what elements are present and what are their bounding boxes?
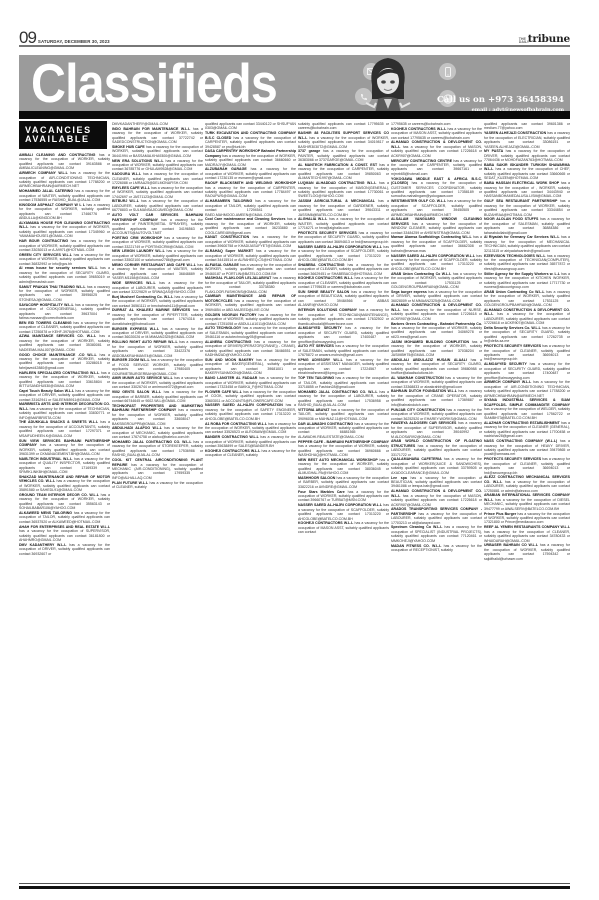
company-name: BABA HASSAN ELECTRICAL WORK SHOP: [484, 181, 559, 185]
listing-entry: TOP TEN TAILORING has a vacancy for the …: [298, 376, 389, 389]
listing-entry: NEW BEST AUTO MECHANICAL WORKSHOP has a …: [298, 458, 389, 476]
company-name: BANDER CONTRACTING W.L.L: [205, 435, 259, 439]
company-name: SAYACORP HOSPITALITY W.L.L: [19, 303, 74, 307]
listing-entry: ARAB Union Contracting Co W.L.L has a va…: [391, 272, 482, 290]
company-name: ARAB Union Contracting Co W.L.L: [484, 290, 545, 294]
listing-entry: NASSER SAEED AL-HAJRI CORPORATION W.L.L …: [298, 503, 389, 521]
company-name: KOOHEJI CONTRACTORS W.L.L: [298, 276, 353, 280]
company-name: AL WAKRAH CONSTRUCTION: [391, 376, 444, 380]
listing-entry: NASS CONTRACTING COMPANY (W.L.L) has a v…: [484, 439, 570, 457]
company-name: THE ADUKKALA SNACKS & SWEETS W.L.L: [19, 420, 98, 424]
listing-entry: BABA SAKIR ISKANDER TURKISH SHAWARMA W.L…: [484, 163, 570, 181]
footer-rule: [19, 886, 570, 889]
listing-entry: PEPPER CAFE - BAHRAINI PARTNERSHIP COMPA…: [298, 440, 389, 458]
listing-entry: HAR BOUR CONTRACTING has a vacancy for t…: [19, 239, 110, 252]
company-name: LUQMAN ALHADDAD CONTRACTING W.L.L: [298, 181, 376, 185]
vacancy-details: has a vacancy for the occupation of WORK…: [19, 225, 110, 238]
listing-entry: SAYACORP HOSPITALITY W.L.L has a vacancy…: [19, 303, 110, 321]
listing-entry: Four Stars Marbles Care has a vacancy fo…: [298, 490, 389, 503]
listing-entry: THE ADUKKALA SNACKS & SWEETS W.L.L has a…: [19, 420, 110, 438]
listing-entry: A1 ROBA FOR CONTRACTING W.L.L has a vaca…: [205, 422, 296, 435]
company-name: ALMOAYYED SECURITY: [298, 326, 342, 330]
company-name: Cool Care maintenance and Cleaning Servi…: [205, 217, 285, 221]
listing-entry: DURRAT AL KHALEEJ MARINE SERVICES has a …: [112, 308, 203, 326]
company-name: Barbers Green Contracting - Bahraini Par…: [391, 322, 482, 326]
company-name: SUN SHINE BEAUTY SALON: [298, 290, 349, 294]
company-name: HAR BOUR CONTRACTING: [19, 239, 68, 243]
listing-entry: BANDER CONTRACTING W.L.L has a vacancy f…: [205, 435, 296, 448]
listing-entry: MOHAMMED JALAL CATERING has a vacancy fo…: [19, 189, 110, 202]
listing-entry: JASSIM AGRICULTURAL & MECHANICAL has a v…: [298, 199, 389, 217]
footer-thin-rule: [19, 883, 570, 884]
company-name: A1 ROBA FOR CONTRACTING W.L.L: [205, 422, 267, 426]
listing-entry: YASEEN ALHEJAZI CONSTRACTION has a vacan…: [484, 131, 570, 149]
listing-entry: qualified applicants can contact 3344012…: [205, 122, 296, 131]
listing-entry: PROTECTS SECURITY SERVICES has a vacancy…: [484, 344, 570, 362]
company-name: 3737 garage: [298, 149, 320, 153]
listing-entry: Cool Care maintenance and Cleaning Servi…: [205, 217, 296, 235]
listing-entry: TECHNOFAST PROPERTIES AND MARKETING BAHR…: [112, 404, 203, 426]
company-name: Prince Plus Burger: [484, 512, 516, 516]
listing-entry: KOOHEJI CONTRACTORS W.L.L has a vacancy …: [205, 449, 296, 458]
listing-entry: BAHRAIN DUTCH FOUNDATION W.L.L has a vac…: [391, 389, 482, 407]
listing-entry: CAMBAR MAINTENANCE AND REPAIR OF MOTORCY…: [205, 294, 296, 312]
listing-entry: ALKAWEED MENS TAILORING has a vacancy fo…: [19, 511, 110, 524]
listing-column-5: 17795635 or careers@kcbahrain.comKOOHEJI…: [391, 122, 482, 881]
company-name: Lee spa: [391, 476, 407, 480]
company-name: WESTMINSTER GULF CO. W.L.L: [391, 199, 446, 203]
company-name: AZWA MAINTANCE SERVICES CO. W.L.L: [19, 334, 96, 338]
vacancy-details: has a vacancy for the occupation of CARP…: [205, 186, 296, 199]
company-name: ALANEBA CONTRACTING: [205, 340, 251, 344]
listing-entry: FAWZEYA ALDOSERI CAR SERVICES has a vaca…: [391, 421, 482, 439]
listing-entry: VITTORIA ABAYAT has a vacancy for the oc…: [298, 408, 389, 421]
listing-entry: AUTO TECHNOLOGY has a vacancy for the oc…: [205, 326, 296, 339]
listing-entry: MY PASTA has a vacancy for the occupatio…: [484, 149, 570, 162]
listing-entry: URBASER BAHRAIN CO W.L.L has a vacancy f…: [484, 543, 570, 561]
company-name: AUTO TECHNOLOGY: [205, 326, 241, 330]
company-name: AMIR MUNIR AUTO SERVICE W.L.L: [112, 376, 173, 380]
company-name: NEW LEMON LAUNDRY W.L.L: [112, 249, 165, 253]
company-name: BANO LANGTER AL FADAAR: [205, 376, 257, 380]
listing-entry: HARLEEN SPECIALIZED CONTRACTING W.L.L ha…: [19, 371, 110, 389]
company-name: YASEEN ALHEJAZI CONSTRACTION: [484, 131, 546, 135]
vacancies-heading: VACANCIES AVAILABLE: [19, 121, 107, 149]
company-name: MASHGAL FLAKLOOR LELJALABIYAT: [205, 276, 271, 280]
company-name: NASSER SAEED AL-HAJRI CORPORATION: [205, 403, 283, 407]
listing-entry: ARADOS TRANSPORTING SERVICES COMPANY - P…: [391, 507, 482, 525]
company-name: ARAB Union Contracting Co W.L.L: [391, 272, 451, 276]
listing-entry: Prince Plus Burger has a vacancy for the…: [484, 512, 570, 525]
company-name: QAALAMAHABA CAFETERIA: [391, 457, 442, 461]
listing-entry: AMIR MUNIR AUTO SERVICE W.L.L has a vaca…: [112, 376, 203, 389]
header-divider: [19, 45, 570, 47]
listing-entry: GREEN CITY SERVICES W.L.L has a vacancy …: [19, 253, 110, 266]
listing-entry: ARABIAN INTERNATIONAL SERVICES COMPANY W…: [484, 493, 570, 511]
listing-entry: NEW ERA SOLUTIONS W.L.L has a vacancy fo…: [112, 159, 203, 172]
company-name: AMBALI CLEANING AND CONTRACTING: [19, 153, 95, 157]
company-name: BITBURJ W.L.L: [112, 199, 139, 203]
listing-entry: KADOURA W.L.L has a vacancy for the occu…: [112, 172, 203, 185]
company-name: DURRAT AL KHALEEJ MARINE SERVICES: [112, 308, 190, 312]
listing-entry: ALYAMAMA HOUSE FOR CLEANING CONTRACTING …: [19, 221, 110, 239]
listing-entry: SIYANA INDUSTRIAL SERVICES & SIAM SCAFFO…: [484, 398, 570, 420]
banner-title: Classifieds: [31, 55, 277, 111]
company-name: JASSIM AGRICULTURAL & MECHANICAL: [298, 199, 375, 203]
listing-column-3: qualified applicants can contact 3344012…: [205, 122, 296, 881]
company-name: ALAZHAR CONTRACTING ESTABLISHMENT: [484, 421, 560, 425]
listing-entry: ALMOAYYED SECURITY has a vacancy for the…: [484, 362, 570, 380]
listing-entry: AHAH FOR ENTERPRISES AND REAL ESTATE W.L…: [19, 525, 110, 543]
company-name: RAOUF BLACKSMITH AND WELDING WORKSHOP: [205, 181, 296, 185]
listing-entry: ALMOAYYED SECURITY has a vacancy for the…: [298, 326, 389, 344]
company-name: Al Riyadah for Germany Car Services W.L.…: [484, 235, 560, 239]
listing-entry: ALFAISAL GARAGE has a vacancy for the oc…: [205, 263, 296, 276]
company-name: MOHAMED JALAL CONTRACTING CO. W.L.L: [112, 440, 192, 444]
listing-entry: PORTING CRM WORKSHOP has a vacancy for t…: [112, 236, 203, 249]
listing-entry: ALZUBARAH GARAGE has a vacancy for the o…: [205, 167, 296, 180]
company-name: PROTECTS SECURITY SERVICES: [484, 344, 541, 348]
listing-entry: RAOUF BLACKSMITH AND WELDING WORKSHOP ha…: [205, 181, 296, 199]
listing-entry: Barbers Green Contracting - Bahraini Par…: [391, 322, 482, 340]
masthead-brand: tribune: [528, 33, 570, 45]
listing-entry: ALHAMAD CONSTRUCTION & DEVLOPMENT CO. W.…: [391, 140, 482, 158]
listing-entry: SUN SHINE BEAUTY SALON has a vacancy for…: [298, 290, 389, 308]
listing-entry: ARAB Union Contracting Co W.L.L has a va…: [484, 290, 570, 308]
listing-entry: ARAB WORLD CONSTRUCTION OF FLOATING STRU…: [391, 439, 482, 457]
listing-entry: AMBALI CLEANING AND CONTRACTING has a va…: [19, 153, 110, 171]
listing-entry: Marwar Alamsa Scaffoldings Contracting W…: [391, 235, 482, 253]
company-name: NASSER SAEED AL-HAJRI CORPORATION W.L.L: [298, 245, 382, 249]
listing-entry: MASHHOOR SALOON has a vacancy for the oc…: [298, 476, 389, 489]
listing-entry: SUN VIEW SERVICES BAHRAINI PARTNERSHIP C…: [19, 439, 110, 457]
company-name: Marwar Alamsa Scaffoldings Contracting W…: [391, 235, 472, 239]
listing-entry: ABDULALI ABDULAZIZ HUSAIN ALAALI has a v…: [391, 358, 482, 376]
masthead-logo: THE DAILY tribune: [519, 33, 570, 45]
company-name: MASHHOOR SALOON: [298, 476, 335, 480]
listing-entry: suitably qualified applicants can contac…: [298, 122, 389, 131]
listing-entry: DMV KADANTHERY W.L.L has a vacancy for t…: [19, 543, 110, 556]
vacancy-details: suitably qualified applicants can contac…: [298, 122, 389, 130]
company-name: HARLEEN SPECIALIZED CONTRACTING W.L.L: [19, 371, 99, 375]
listing-entry: DAR ALAWADHI CONTRACTING has a vacancy f…: [298, 422, 389, 440]
listing-entry: KINGDOM ASPHALT COMPANY W L L has a vaca…: [19, 203, 110, 221]
listing-entry: ROLLING RIGHT AUTO REPAIR W.L.L has a va…: [112, 340, 203, 358]
listing-entry: KANAT CONSTRUCTION has a vacancy for the…: [205, 235, 296, 248]
listing-entry: REEF AL YEMEN RESTAURANTS COMPANY W.L.L …: [484, 525, 570, 543]
vacancy-details: qualified applicants can contact 3960138…: [484, 122, 570, 130]
listing-entry: DASA CARPENTRY WORKSHOP Bahraini Partner…: [205, 149, 296, 167]
company-name: GOOD CHOICE MAINTENANCE .CO W.L.L: [19, 353, 97, 357]
listing-entry: 3737 garage has a vacancy for the occupa…: [298, 149, 389, 162]
listing-entry: MOHAMED JALAL CONTRACTING CO. W.L.L has …: [112, 440, 203, 458]
listing-entry: AUTO VOLT CAR SERVICES BAHRAINI PARTNERS…: [112, 213, 203, 235]
listing-entry: Al Riyadah for Germany Car Services W.L.…: [484, 235, 570, 253]
listing-entry: Spectrum Cleaning Co W.L.L has a vacancy…: [391, 525, 482, 543]
company-name: BEN EID TOWERS CLEANING: [19, 321, 72, 325]
vacancy-details: has a vacancy for the occupation of MASO…: [391, 145, 482, 158]
company-name: SAMUT PRAKAN THAI TRADING W.L.L: [19, 285, 86, 289]
listing-entry: ALHARAMEEN TAILORING has a vacancy for t…: [205, 199, 296, 217]
company-name: ALGHALIA W.L.L: [298, 217, 327, 221]
mobile-icon: [439, 63, 456, 80]
listing-entry: BASHIR 88 FACILITIES SUPPORT SERVICES CO…: [298, 131, 389, 149]
company-name: INDO BAHRAIN FOR MAINTENANCE W.L.L: [112, 127, 190, 131]
company-name: NAIB-TECH INDUSTRIAL W.L.L: [19, 457, 72, 461]
vacancy-details: has a vacancy for the occupation of MASO…: [391, 494, 482, 507]
listing-entry: SHABEBA CONTRACTING has a vacancy for th…: [298, 263, 389, 276]
listing-entry: ALHAMAD CONSTRUCTION & DEVLOPMENT CO. W.…: [391, 489, 482, 507]
company-name: NASSER SAEED AL-HAJRI CORPORATION W.L.L: [391, 254, 475, 258]
company-name: AIRMECH COMPANY W.L.L: [484, 380, 531, 384]
call-us-text: Call us on +973 36458394: [437, 95, 564, 105]
listing-entry: Capri Touch Beauty Salon W.L.L has a vac…: [19, 389, 110, 402]
company-name: KOOHEJI CONTRACTORS W.L.L: [391, 127, 446, 131]
company-name: TOP TEN TAILORING: [298, 376, 334, 380]
company-name: EMYLEES CAFE W.L.L: [112, 186, 150, 190]
company-name: AL MANTECH FABRICATION & CONST. EST: [298, 163, 377, 167]
company-name: SIYANA INDUSTRIAL SERVICES & SIAM SCAFFO…: [484, 398, 570, 406]
company-name: KOOHEJI CONTRACTORS W.L.L: [298, 521, 353, 525]
listing-entry: NASSER SAEED AL-HAJRI CORPORATION W.L.L …: [298, 245, 389, 263]
vacancies-heading-line2: AVAILABLE: [19, 135, 107, 144]
company-name: KANAT CONSTRUCTION: [205, 235, 249, 239]
listing-entry: AIRMECH COMPANY W.L.L has a vacancy for …: [484, 380, 570, 398]
company-name: FAWZEYA ALDOSERI CAR SERVICES: [391, 421, 456, 425]
vacancy-details: DMVKADANTHERY@GMAIL.COM: [112, 122, 168, 126]
company-name: KOOHEJI CONTRACTORS W.L.L: [205, 449, 260, 453]
listing-entry: KOOHEJI CONTRACTORS W.L.L has a vacancy …: [298, 521, 389, 534]
company-name: MY PASTA: [484, 149, 503, 153]
vacancies-heading-line1: VACANCIES: [19, 121, 107, 135]
listing-entry: SHAKZAD MAINTENANCE AND REPAIR OF MOTOR …: [19, 475, 110, 493]
listing-entry: INTERIOR SOLUTIONS COMPANY has a vacancy…: [298, 308, 389, 326]
company-name: ABDULHADI ALAFOO W.L.L: [112, 426, 162, 430]
listing-entry: COOL KIT CENTRAL AIRCONDITIONING PLANT R…: [112, 458, 203, 480]
company-name: PROTECTS SECURITY SERVICES: [484, 457, 541, 461]
vacancy-details: has a vacancy for the occupation of WORK…: [391, 326, 482, 339]
company-name: Stiller Agency for the Supply Workers w.…: [484, 272, 560, 276]
listing-entry: GOOD CHOICE MAINTENANCE .CO W.L.L has a …: [19, 353, 110, 371]
company-name: KPMG ADVISORY W.L.L: [298, 358, 343, 362]
listing-column-2: DMVKADANTHERY@GMAIL.COMINDO BAHRAIN FOR …: [112, 122, 203, 881]
company-name: ALHARAMEEN TAILORING: [205, 199, 252, 203]
operator-illustration-icon: [364, 55, 412, 111]
listing-column-1: AMBALI CLEANING AND CONTRACTING has a va…: [19, 153, 110, 881]
listing-entry: BURGER EXPRESS W.L.L has a vacancy for t…: [112, 327, 203, 340]
listing-entry: NAIB-TECH INDUSTRIAL W.L.L has a vacancy…: [19, 457, 110, 475]
listing-entry: SAMUT PRAKAN THAI TRADING W.L.L has a va…: [19, 285, 110, 303]
listing-entry: GOLDEN NOORAN FACTORY has a vacancy for …: [205, 313, 296, 326]
company-name: Burj Musheef Contracting Co. W.L.L: [112, 295, 173, 299]
company-name: PEPPER CAFE - BAHRAINI PARTNERSHIP COMPA…: [298, 440, 389, 444]
vacancy-details: has a vacancy for the occupation of SUPE…: [19, 529, 110, 542]
company-name: FLOWER CAFE W.L.L: [205, 390, 242, 394]
company-name: GROUND TEAM INTERIOR DECOR CO. W.L.L: [19, 493, 99, 497]
company-name: Delta Security Services Co. W.L.L: [484, 326, 541, 330]
vacancy-details: qualified applicants can contact 3344012…: [205, 122, 296, 130]
company-name: PUNJAB CITY CONSTRUCTION: [391, 408, 445, 412]
listing-entry: 9002 GENTS SALON W.L.L has a vacancy for…: [112, 390, 203, 403]
listing-entry: Lee spa has a vacancy for the occupation…: [391, 476, 482, 489]
company-name: INTERIOR SOLUTIONS COMPANY: [298, 308, 357, 312]
listing-entry: MOHAMED JALAL CONTRACTING CO. W.L.L has …: [298, 390, 389, 408]
listing-entry: BEN EID TOWERS CLEANING has a vacancy fo…: [19, 321, 110, 334]
listing-entry: SMOKE HUB CAFE has a vacancy for the occ…: [112, 145, 203, 158]
company-name: ALMOAYYED SECURITY: [484, 362, 527, 366]
company-name: GREEN CITY SERVICES W.L.L: [19, 253, 72, 257]
listing-entry: ALRAHAQ Super MARKET has a vacancy for t…: [205, 249, 296, 262]
company-name: VITTORIA ABAYAT: [298, 408, 329, 412]
company-name: ALZUBARAH GARAGE: [205, 167, 247, 171]
page-header: 09 SATURDAY, DECEMBER 30, 2023: [19, 26, 271, 46]
listing-entry: KOOHEJI CONTRACTORS W.L.L has a vacancy …: [391, 127, 482, 140]
listing-entry: ALAZHAR CONTRACTING ESTABLISHMENT has a …: [484, 421, 570, 439]
listing-entry: Sega burger express has a vacancy for th…: [391, 290, 482, 303]
company-name: MOHAMED JALAL CONTRACTING CO. W.L.L: [298, 390, 378, 394]
company-name: BURGER EXPRESS W.L.L: [112, 327, 159, 331]
listing-column-4: suitably qualified applicants can contac…: [298, 122, 389, 881]
company-name: WIDE SERVICES W.L.L: [112, 281, 156, 285]
company-name: KADOURA W.L.L: [112, 172, 141, 176]
listing-entry: Burj Musheef Contracting Co. W.L.L has a…: [112, 295, 203, 308]
listing-entry: MADAN FITNESS CO. W.L.L has a vacancy fo…: [391, 544, 482, 553]
listing-entry: ALSALAM VANGUARD WINDOW CLEANING SERVICE…: [391, 217, 482, 235]
listing-entry: INDO BAHRAIN FOR MAINTENANCE W.L.L has a…: [112, 127, 203, 145]
classifieds-banner: Classifieds Call us on +973 36458394 ema…: [19, 55, 570, 111]
company-name: PLAN FUTURE W.L.L: [112, 481, 148, 485]
vacancy-details: has a vacancy for the occupation of WORK…: [298, 444, 389, 457]
company-name: Spectrum Cleaning Co W.L.L: [391, 525, 442, 529]
listing-entry: BURGER ZOOM W.L.L has a vacancy for the …: [112, 358, 203, 376]
listing-entry: Al emas house for security services W.L.…: [19, 266, 110, 284]
listing-entry: AL MANTECH FABRICATION & CONST. EST has …: [298, 163, 389, 181]
listing-entry: Stiller Agency for the Supply Workers w.…: [484, 272, 570, 290]
listing-entry: ALANEBA CONTRACTING has a vacancy for th…: [205, 340, 296, 358]
listing-entry: KOOHEJI CONTRACTORS W.L.L has a vacancy …: [298, 276, 389, 289]
company-name: NEW BEST AUTO MECHANICAL WORKSHOP: [298, 458, 378, 462]
company-name: MOHAMMED JALAL CATERING: [19, 189, 73, 193]
company-name: REEF AL YEMEN RESTAURANTS COMPANY W.L.L: [484, 525, 570, 529]
listing-entry: ALHAMAD CONSTRUCTION & DEVLOPMENT CO. W.…: [484, 308, 570, 326]
listing-entry: ABDULHADI ALAFOO W.L.L has a vacancy for…: [112, 426, 203, 439]
vacancy-details: has a vacancy for the occupation of DIES…: [484, 498, 570, 511]
listing-entry: PLAN FUTURE W.L.L has a vacancy for the …: [112, 481, 203, 490]
page-number: 09: [19, 30, 36, 46]
listing-entry: ALGHALIA W.L.L has a vacancy for the occ…: [298, 217, 389, 230]
listing-entry: EZEEVISION TECHNOLOGIES W.L.L has a vaca…: [484, 254, 570, 272]
company-name: ROLLING RIGHT AUTO REPAIR W.L.L: [112, 340, 178, 344]
company-name: KINGDOM ASPHALT COMPANY W L L: [19, 203, 85, 207]
company-name: NASS CONTRACTING COMPANY (W.L.L): [484, 439, 557, 443]
listing-entry: NEW LEMON LAUNDRY W.L.L has a vacancy fo…: [112, 249, 203, 262]
listing-entry: BANO LANGTER AL FADAAR has a vacancy for…: [205, 376, 296, 389]
company-name: GOLDEN NOORAN FACTORY: [205, 313, 257, 317]
listing-entry: EMYLEES CAFE W.L.L has a vacancy for the…: [112, 186, 203, 199]
company-name: ALFAISAL GARAGE: [205, 263, 239, 267]
company-name: PROTECTS SECURITY SERVICES: [298, 231, 357, 235]
listing-entry: NASSER SAEED AL-HAJRI CORPORATION W.L.L …: [391, 254, 482, 272]
listing-entry: JASIM MOHAMED BUILDING COMPLETION has a …: [391, 340, 482, 358]
vacancy-details: 17795635 or careers@kcbahrain.com: [391, 122, 450, 126]
listing-entry: PROTECTS SECURITY SERVICES has a vacancy…: [484, 457, 570, 475]
vacancy-details: has a vacancy for the occupation of CLEA…: [484, 530, 570, 543]
vacancy-details: has a vacancy for the occupation of TECH…: [19, 407, 110, 420]
listing-entry: FLOWER CAFE W.L.L has a vacancy for the …: [205, 390, 296, 403]
listing-entry: TURK EXCAVATION AND CONTRACTING COMPANY …: [205, 131, 296, 149]
listing-entry: AUTO FIT SERVICES has a vacancy for the …: [298, 344, 389, 357]
company-name: AUTO FIT SERVICES: [298, 344, 334, 348]
issue-date: SATURDAY, DECEMBER 30, 2023: [38, 39, 110, 44]
banner-bottom-bar: [19, 111, 570, 119]
listing-entry: GULF SEA RESTAURANT PARTNERSHIP has a va…: [484, 199, 570, 217]
listing-entry: BITBURJ W.L.L has a vacancy for the occu…: [112, 199, 203, 212]
listing-entry: AL WAKRAH CONSTRUCTION has a vacancy for…: [391, 376, 482, 389]
company-name: Sega burger express: [391, 290, 427, 294]
listing-entry: BABA HASSAN ELECTRICAL WORK SHOP has a v…: [484, 181, 570, 199]
company-name: ALKAWEED MENS TAILORING: [19, 511, 72, 515]
listing-entry: MEMO CORNER RESTAURANT AND CAFE W.L.L ha…: [112, 263, 203, 281]
company-name: DMV KADANTHERY W.L.L: [19, 543, 66, 547]
listing-entry: KPMG ADVISORY W.L.L has a vacancy for th…: [298, 358, 389, 376]
company-name: BURGER ZOOM W.L.L: [112, 358, 150, 362]
company-name: JASIM MOHAMED BUILDING COMPLETION: [391, 340, 469, 344]
listing-column-6: qualified applicants can contact 3960138…: [484, 122, 570, 881]
listing-entry: qualified applicants can contact 3960138…: [484, 122, 570, 131]
company-name: ABDULALI ABDULAZIZ HUSAIN ALAALI: [391, 358, 467, 362]
listing-entry: NASSER SAEED AL-HAJRI CORPORATION has a …: [205, 403, 296, 421]
listing-entry: MERCURY CONTRACTING CENTRE has a vacancy…: [391, 159, 482, 177]
company-name: AHAH FOR ENTERPRISES AND REAL ESTATE W.L…: [19, 525, 110, 529]
listing-entry: WESTMINSTER GULF CO. W.L.L has a vacancy…: [391, 199, 482, 217]
vacancy-details: has a vacancy for the occupation of LABO…: [484, 312, 570, 325]
listing-entry: ALEZZ CONTRACTING MECHANICAL SERVICES CO…: [484, 475, 570, 493]
listing-entry: SUN AND MOON BAKERY has a vacancy for th…: [205, 358, 296, 376]
company-name: URBASER BAHRAIN CO W.L.L: [484, 543, 538, 547]
company-name: Al emas house for security services W.L.…: [19, 266, 98, 270]
company-name: DAR ALAWADHI CONTRACTING: [298, 422, 353, 426]
vacancy-details: has a vacancy for the occupation of WELD…: [484, 407, 570, 420]
listing-entry: WIDE SERVICES W.L.L has a vacancy for th…: [112, 281, 203, 294]
company-name: SMOKE HUB CAFE: [112, 145, 145, 149]
company-name: SHABEBA CONTRACTING: [298, 263, 345, 267]
company-name: Capri Touch Beauty Salon W.L.L: [19, 389, 74, 393]
listing-entry: MASHGAL FLAKLOOR LELJALABIYAT has a vaca…: [205, 276, 296, 294]
listing-entry: GROUND TEAM INTERIOR DECOR CO. W.L.L has…: [19, 493, 110, 511]
listing-entry: AIRMECH COMPANY W.L.L has a vacancy for …: [19, 171, 110, 189]
company-name: MEMO CORNER RESTAURANT AND CAFE W.L.L: [112, 263, 196, 267]
vacancy-details: has a vacancy for the occupation of CHEF…: [484, 167, 570, 180]
company-name: GULF SEA RESTAURANT PARTNERSHIP: [484, 199, 557, 203]
listing-entry: PUNJAB CITY CONSTRUCTION has a vacancy f…: [391, 408, 482, 421]
company-name: EZEEVISION TECHNOLOGIES W.L.L: [484, 254, 546, 258]
listing-entry: PROTECTS SECURITY SERVICES has a vacancy…: [298, 231, 389, 244]
vacancy-details: has a vacancy for the occupation of WORK…: [298, 136, 389, 149]
company-name: NASSER SAEED AL-HAJRI CORPORATION W.L.L: [298, 503, 382, 507]
listing-entry: AZWA MAINTANCE SERVICES CO. W.L.L has a …: [19, 334, 110, 352]
listing-entry: LUQMAN ALHADDAD CONTRACTING W.L.L has a …: [298, 181, 389, 199]
vacancy-details: has a vacancy for the occupation of NURS…: [391, 308, 482, 321]
company-name: 9002 GENTS SALON W.L.L: [112, 390, 161, 394]
company-name: PORTING CRM WORKSHOP: [112, 236, 162, 240]
company-name: SUN AND MOON BAKERY: [205, 358, 254, 362]
company-name: Four Stars Marbles Care: [298, 490, 345, 494]
listing-entry: Delta Security Services Co. W.L.L has a …: [484, 326, 570, 344]
listing-entry: ALHAMAD CONSTRUCTION & DEVLOPMENT CO. W.…: [391, 303, 482, 321]
company-name: MERCURY CONTRACTING CENTRE: [391, 159, 452, 163]
listing-entry: QAALAMAHABA CAFETERIA has a vacancy for …: [391, 457, 482, 475]
company-name: NEW ERA SOLUTIONS W.L.L: [112, 159, 164, 163]
